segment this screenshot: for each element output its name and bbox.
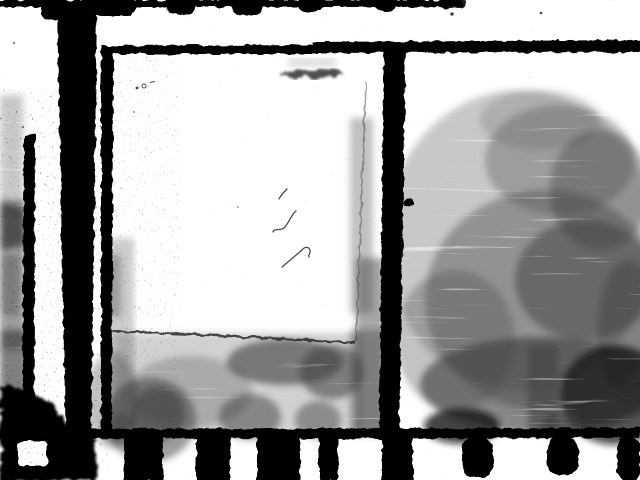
- scan-canvas: [0, 0, 640, 480]
- photocopied-film-strip-scan: [0, 0, 640, 480]
- grain-overlay-frame-edge: [100, 55, 180, 440]
- grain-overlay-left: [0, 90, 110, 470]
